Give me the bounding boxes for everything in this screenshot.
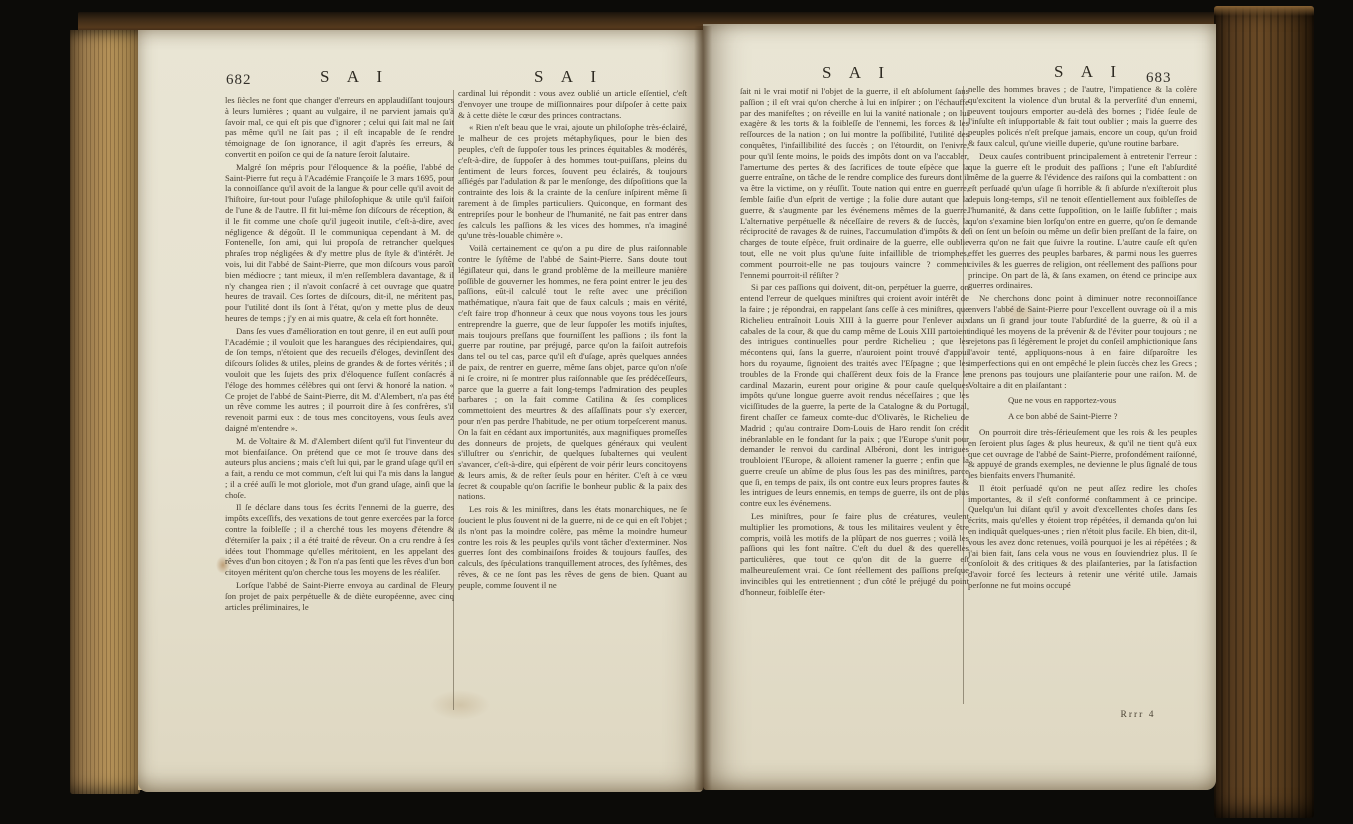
paragraph: « Rien n'eſt beau que le vrai, ajoute un… — [458, 122, 687, 241]
running-title: S A I — [822, 63, 891, 83]
paragraph: Si par ces paſſions qui doivent, dit-on,… — [740, 282, 969, 509]
paragraph: les ſiècles ne font que changer d'erreur… — [225, 95, 454, 160]
leather-binding — [1214, 6, 1314, 818]
verse-line: A ce bon abbé de Saint-Pierre ? — [1008, 411, 1197, 422]
paragraph: cardinal lui répondit : vous avez oublié… — [458, 88, 687, 120]
text-column-2: cardinal lui répondit : vous avez oublié… — [458, 88, 687, 712]
paragraph: ſait ni le vrai motif ni l'objet de la g… — [740, 86, 969, 280]
paragraph: Il ſe déclare dans tous ſes écrits l'enn… — [225, 502, 454, 578]
running-title: S A I — [534, 67, 603, 87]
gutter-shadow — [694, 26, 712, 790]
running-title: S A I — [1054, 62, 1123, 82]
paragraph: Dans ſes vues d'amélioration en tout gen… — [225, 326, 454, 434]
paragraph: Lorſque l'abbé de Saint-Pierre envoya au… — [225, 580, 454, 612]
paragraph: On pourroit dire très-ſérieuſement que l… — [968, 427, 1197, 481]
paragraph: Malgré ſon mépris pour l'éloquence & la … — [225, 162, 454, 324]
text-column-1: les ſiècles ne font que changer d'erreur… — [225, 95, 454, 719]
paragraph: Les miniſtres, pour ſe faire plus de cré… — [740, 511, 969, 597]
running-title: S A I — [320, 67, 389, 87]
paragraph: Les rois & les miniſtres, dans les états… — [458, 504, 687, 590]
paragraph: M. de Voltaire & M. d'Alembert diſent qu… — [225, 436, 454, 501]
verse-line: Que ne vous en rapportez-vous — [1008, 395, 1197, 406]
text-column-3: ſait ni le vrai motif ni l'objet de la g… — [740, 86, 969, 706]
paragraph: nelle des hommes braves ; de l'autre, l'… — [968, 84, 1197, 149]
book-fore-edge-pages — [70, 30, 140, 794]
page-number-left: 682 — [226, 72, 252, 89]
paragraph: Voilà certainement ce qu'on a pu dire de… — [458, 243, 687, 502]
signature-mark: Rrrr 4 — [1078, 710, 1198, 720]
paragraph: Il étoit perſuadé qu'on ne peut aſſez re… — [968, 483, 1197, 591]
text-column-4: nelle des hommes braves ; de l'autre, l'… — [968, 84, 1197, 708]
paragraph: Deux cauſes contribuent principalement à… — [968, 151, 1197, 291]
leather-highlight — [1214, 6, 1314, 16]
paragraph: Ne cherchons donc point à diminuer notre… — [968, 293, 1197, 390]
photo-background: 682 S A I S A I S A I S A I 683 les ſièc… — [0, 0, 1353, 824]
